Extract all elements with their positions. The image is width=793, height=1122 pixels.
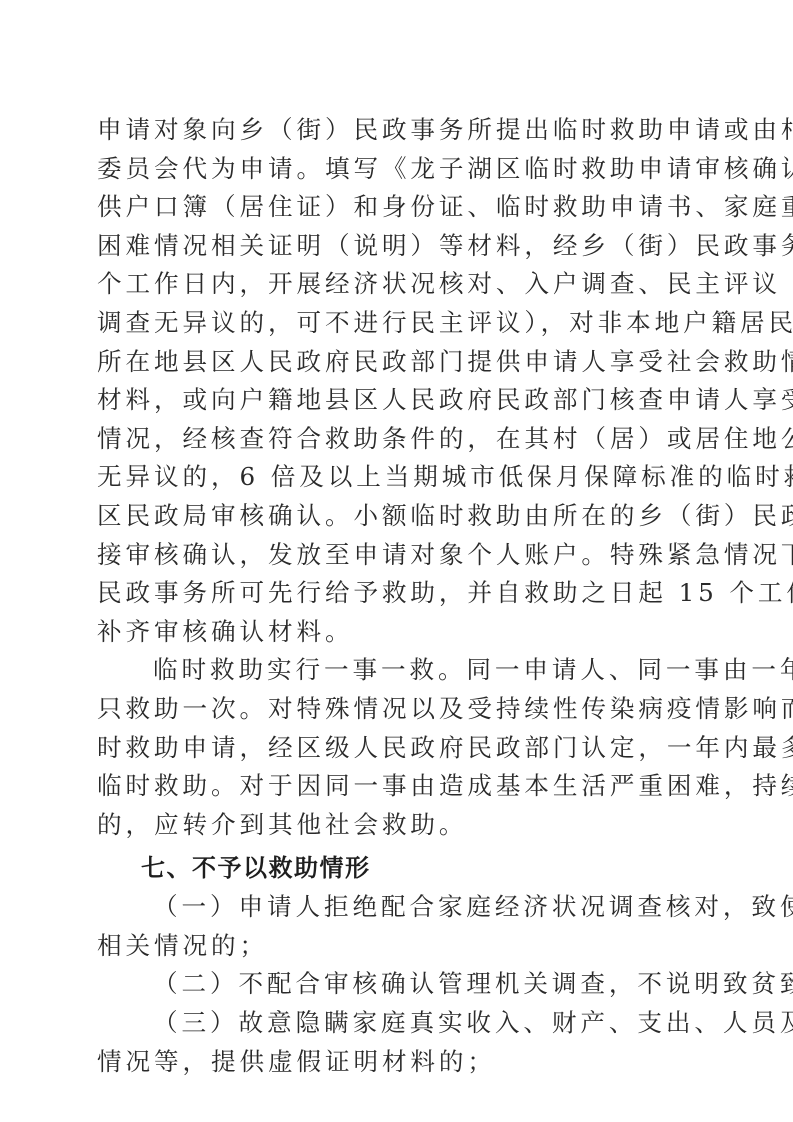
text-line: 委员会代为申请。填写《龙子湖区临时救助申请审核确认表》，提	[97, 150, 723, 189]
paragraph-application-procedure: 申请对象向乡（街）民政事务所提出临时救助申请或由村（居）民 委员会代为申请。填写…	[97, 111, 723, 651]
text-line: （三）故意隐瞒家庭真实收入、财产、支出、人员及其他受助	[97, 1004, 723, 1043]
text-line: 无异议的，6 倍及以上当期城市低保月保障标准的临时救助报龙子湖	[97, 458, 723, 497]
text-line: 的，应转介到其他社会救助。	[97, 806, 723, 845]
text-line: 困难情况相关证明（说明）等材料，经乡（街）民政事务所在受理2	[97, 227, 723, 266]
text-line: 申请对象向乡（街）民政事务所提出临时救助申请或由村（居）民	[97, 111, 723, 150]
text-line: 情况等，提供虚假证明材料的；	[97, 1043, 723, 1082]
text-line: 情况，经核查符合救助条件的，在其村（居）或居住地公示 2 天，	[97, 420, 723, 459]
text-line: 只救助一次。对特殊情况以及受持续性传染病疫情影响而提出的临	[97, 690, 723, 729]
section-7-items: （一）申请人拒绝配合家庭经济状况调查核对，致使无法核实 相关情况的； （二）不配…	[97, 888, 723, 1081]
text-line: 区民政局审核确认。小额临时救助由所在的乡（街）民政事务所直	[97, 497, 723, 536]
text-line: 相关情况的；	[97, 927, 723, 966]
text-line: 个工作日内，开展经济状况核对、入户调查、民主评议（对核对、	[97, 265, 723, 304]
text-line: 调查无异议的，可不进行民主评议），对非本地户籍居民，需户籍	[97, 304, 723, 343]
text-line: 补齐审核确认材料。	[97, 613, 723, 652]
paragraph-one-event-one-aid: 临时救助实行一事一救。同一申请人、同一事由一年内原则上 只救助一次。对特殊情况以…	[97, 651, 723, 844]
document-page: 申请对象向乡（街）民政事务所提出临时救助申请或由村（居）民 委员会代为申请。填写…	[97, 111, 723, 1081]
text-line: 所在地县区人民政府民政部门提供申请人享受社会救助情况的相关	[97, 343, 723, 382]
list-item: （二）不配合审核确认管理机关调查，不说明致贫致困原因的；	[97, 965, 723, 1004]
text-line: 供户口簿（居住证）和身份证、临时救助申请书、家庭重大支出、	[97, 188, 723, 227]
text-line: 临时救助。对于因同一事由造成基本生活严重困难，持续时间较长	[97, 767, 723, 806]
text-line: （二）不配合审核确认管理机关调查，不说明致贫致困原因的；	[97, 965, 723, 1004]
section-heading: 七、不予以救助情形	[97, 844, 723, 888]
text-line: 材料，或向户籍地县区人民政府民政部门核查申请人享受社会救助	[97, 381, 723, 420]
text-line: 民政事务所可先行给予救助，并自救助之日起 15 个工作日内按规定	[97, 574, 723, 613]
text-line: 临时救助实行一事一救。同一申请人、同一事由一年内原则上	[97, 651, 723, 690]
text-line: 接审核确认，发放至申请对象个人账户。特殊紧急情况下，乡（街）	[97, 536, 723, 575]
list-item: （三）故意隐瞒家庭真实收入、财产、支出、人员及其他受助 情况等，提供虚假证明材料…	[97, 1004, 723, 1081]
text-line: （一）申请人拒绝配合家庭经济状况调查核对，致使无法核实	[97, 888, 723, 927]
text-line: 时救助申请，经区级人民政府民政部门认定，一年内最多给予两次	[97, 729, 723, 768]
list-item: （一）申请人拒绝配合家庭经济状况调查核对，致使无法核实 相关情况的；	[97, 888, 723, 965]
